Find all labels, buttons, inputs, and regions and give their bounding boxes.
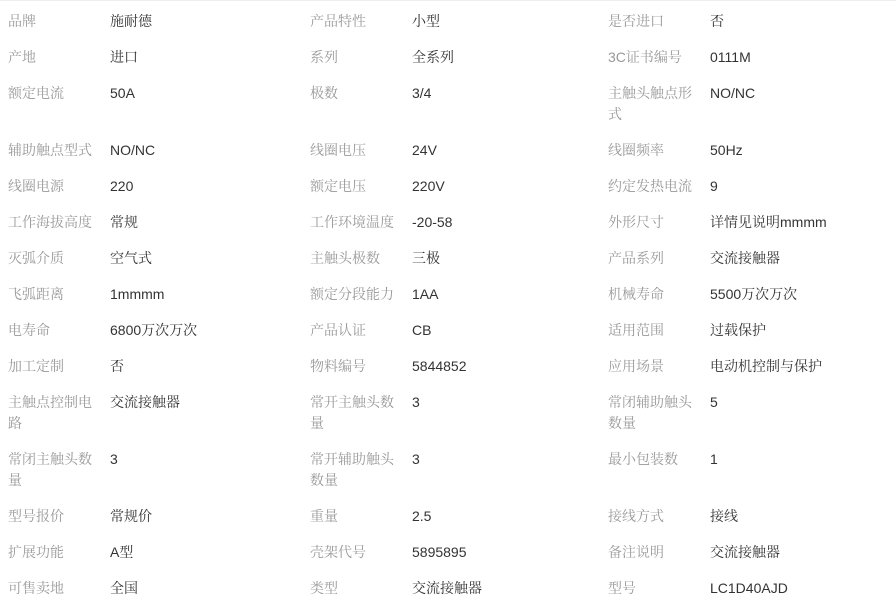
- spec-value: 接线: [710, 506, 886, 527]
- spec-value: 220: [110, 176, 300, 197]
- spec-item-extended-function: 扩展功能A型: [8, 534, 310, 570]
- spec-label: 工作海拔高度: [8, 212, 98, 233]
- spec-value: 详情见说明mmmm: [710, 212, 886, 233]
- spec-item-product-series: 产品系列交流接触器: [608, 240, 896, 276]
- spec-value: 交流接触器: [412, 578, 598, 599]
- spec-label: 产品系列: [608, 248, 698, 269]
- spec-label: 品牌: [8, 11, 98, 32]
- spec-label: 加工定制: [8, 356, 98, 377]
- spec-item-3c-cert-number: 3C证书编号0111M: [608, 39, 896, 75]
- spec-item-brand: 品牌施耐德: [8, 3, 310, 39]
- spec-value: 9: [710, 176, 886, 197]
- spec-value: 小型: [412, 11, 598, 32]
- spec-label: 常闭主触头数量: [8, 449, 98, 491]
- spec-item-origin: 产地进口: [8, 39, 310, 75]
- spec-value: 三极: [412, 248, 598, 269]
- spec-item-rated-voltage: 额定电压220V: [310, 168, 608, 204]
- spec-item-frame-code: 壳架代号5895895: [310, 534, 608, 570]
- spec-value: 交流接触器: [110, 392, 300, 413]
- spec-item-no-main-contacts: 常开主触头数量3: [310, 384, 608, 441]
- spec-label: 产地: [8, 47, 98, 68]
- spec-label: 是否进口: [608, 11, 698, 32]
- spec-value: 电动机控制与保护: [710, 356, 886, 377]
- spec-value: 常规价: [110, 506, 300, 527]
- spec-value: A型: [110, 542, 300, 563]
- spec-label: 3C证书编号: [608, 47, 698, 68]
- spec-value: NO/NC: [710, 83, 886, 104]
- spec-label: 壳架代号: [310, 542, 400, 563]
- spec-item-model-number: 型号LC1D40AJD: [608, 570, 896, 606]
- spec-item-rated-current: 额定电流50A: [8, 75, 310, 132]
- spec-label: 主触头触点形式: [608, 83, 698, 125]
- spec-item-customization: 加工定制否: [8, 348, 310, 384]
- spec-value: 施耐德: [110, 11, 300, 32]
- spec-value: 全系列: [412, 47, 598, 68]
- spec-item-nc-main-contacts: 常闭主触头数量3: [8, 441, 310, 498]
- spec-value: 0111M: [710, 47, 886, 68]
- spec-label: 线圈频率: [608, 140, 698, 161]
- spec-item-imported: 是否进口否: [608, 3, 896, 39]
- spec-item-min-package-qty: 最小包装数1: [608, 441, 896, 498]
- spec-item-material-number: 物料编号5844852: [310, 348, 608, 384]
- spec-label: 飞弧距离: [8, 284, 98, 305]
- spec-value: 常规: [110, 212, 300, 233]
- spec-value: 50A: [110, 83, 300, 104]
- spec-label: 主触头极数: [310, 248, 400, 269]
- spec-item-application-range: 适用范围过载保护: [608, 312, 896, 348]
- spec-value: 1mmmm: [110, 284, 300, 305]
- spec-label: 产品特性: [310, 11, 400, 32]
- spec-item-aux-contact-type: 辅助触点型式NO/NC: [8, 132, 310, 168]
- spec-label: 外形尺寸: [608, 212, 698, 233]
- spec-value: 5895895: [412, 542, 598, 563]
- spec-item-application-scenario: 应用场景电动机控制与保护: [608, 348, 896, 384]
- spec-label: 工作环境温度: [310, 212, 400, 233]
- spec-value: 1: [710, 449, 886, 470]
- spec-item-working-temperature: 工作环境温度-20-58: [310, 204, 608, 240]
- spec-label: 系列: [310, 47, 400, 68]
- spec-value: 否: [710, 11, 886, 32]
- spec-label: 额定分段能力: [310, 284, 400, 305]
- spec-item-type: 类型交流接触器: [310, 570, 608, 606]
- spec-item-breaking-capacity: 额定分段能力1AA: [310, 276, 608, 312]
- spec-label: 灭弧介质: [8, 248, 98, 269]
- spec-value: NO/NC: [110, 140, 300, 161]
- spec-label: 约定发热电流: [608, 176, 698, 197]
- spec-item-electrical-life: 电寿命6800万次万次: [8, 312, 310, 348]
- spec-item-dimensions: 外形尺寸详情见说明mmmm: [608, 204, 896, 240]
- spec-item-arc-medium: 灭弧介质空气式: [8, 240, 310, 276]
- spec-value: 空气式: [110, 248, 300, 269]
- spec-item-model-quote: 型号报价常规价: [8, 498, 310, 534]
- spec-value: 5844852: [412, 356, 598, 377]
- spec-label: 应用场景: [608, 356, 698, 377]
- spec-value: 2.5: [412, 506, 598, 527]
- spec-item-coil-voltage: 线圈电压24V: [310, 132, 608, 168]
- spec-value: -20-58: [412, 212, 598, 233]
- spec-value: 220V: [412, 176, 598, 197]
- spec-value: 3: [412, 392, 598, 413]
- spec-item-sales-region: 可售卖地全国: [8, 570, 310, 606]
- spec-label: 产品认证: [310, 320, 400, 341]
- spec-label: 电寿命: [8, 320, 98, 341]
- product-spec-page: 品牌施耐德 产品特性小型 是否进口否 产地进口 系列全系列 3C证书编号0111…: [0, 0, 896, 610]
- spec-item-main-contact-circuit: 主触点控制电路交流接触器: [8, 384, 310, 441]
- spec-value: 24V: [412, 140, 598, 161]
- spec-value: 进口: [110, 47, 300, 68]
- spec-label: 额定电流: [8, 83, 98, 104]
- spec-label: 物料编号: [310, 356, 400, 377]
- spec-label: 重量: [310, 506, 400, 527]
- spec-value: 3/4: [412, 83, 598, 104]
- spec-label: 扩展功能: [8, 542, 98, 563]
- spec-label: 机械寿命: [608, 284, 698, 305]
- spec-item-arc-distance: 飞弧距离1mmmm: [8, 276, 310, 312]
- spec-value: 交流接触器: [710, 248, 886, 269]
- spec-item-nc-aux-contacts: 常闭辅助触头数量5: [608, 384, 896, 441]
- spec-label: 主触点控制电路: [8, 392, 98, 434]
- spec-item-certification: 产品认证CB: [310, 312, 608, 348]
- spec-label: 类型: [310, 578, 400, 599]
- spec-item-working-altitude: 工作海拔高度常规: [8, 204, 310, 240]
- spec-value: 1AA: [412, 284, 598, 305]
- spec-label: 常开主触头数量: [310, 392, 400, 434]
- spec-item-series: 系列全系列: [310, 39, 608, 75]
- spec-value: 全国: [110, 578, 300, 599]
- spec-value: 5: [710, 392, 886, 413]
- spec-item-main-contact-form: 主触头触点形式NO/NC: [608, 75, 896, 132]
- spec-value: 3: [110, 449, 300, 470]
- spec-label: 可售卖地: [8, 578, 98, 599]
- spec-label: 线圈电源: [8, 176, 98, 197]
- spec-value: 过载保护: [710, 320, 886, 341]
- spec-label: 辅助触点型式: [8, 140, 98, 161]
- spec-label: 常闭辅助触头数量: [608, 392, 698, 434]
- spec-value: 6800万次万次: [110, 320, 300, 341]
- spec-label: 型号报价: [8, 506, 98, 527]
- spec-item-coil-frequency: 线圈频率50Hz: [608, 132, 896, 168]
- spec-item-product-feature: 产品特性小型: [310, 3, 608, 39]
- spec-item-thermal-current: 约定发热电流9: [608, 168, 896, 204]
- spec-label: 接线方式: [608, 506, 698, 527]
- spec-value: 3: [412, 449, 598, 470]
- spec-value: 交流接触器: [710, 542, 886, 563]
- spec-value: CB: [412, 320, 598, 341]
- spec-label: 常开辅助触头数量: [310, 449, 400, 491]
- spec-item-coil-power: 线圈电源220: [8, 168, 310, 204]
- product-spec-table: 品牌施耐德 产品特性小型 是否进口否 产地进口 系列全系列 3C证书编号0111…: [8, 3, 896, 606]
- spec-label: 线圈电压: [310, 140, 400, 161]
- spec-label: 额定电压: [310, 176, 400, 197]
- spec-item-wiring-method: 接线方式接线: [608, 498, 896, 534]
- spec-item-no-aux-contacts: 常开辅助触头数量3: [310, 441, 608, 498]
- spec-item-weight: 重量2.5: [310, 498, 608, 534]
- spec-label: 备注说明: [608, 542, 698, 563]
- spec-label: 最小包装数: [608, 449, 698, 470]
- spec-item-poles: 极数3/4: [310, 75, 608, 132]
- spec-label: 型号: [608, 578, 698, 599]
- spec-value: LC1D40AJD: [710, 578, 886, 599]
- spec-value: 否: [110, 356, 300, 377]
- spec-item-main-contact-poles: 主触头极数三极: [310, 240, 608, 276]
- spec-value: 50Hz: [710, 140, 886, 161]
- spec-label: 适用范围: [608, 320, 698, 341]
- spec-item-mechanical-life: 机械寿命5500万次万次: [608, 276, 896, 312]
- spec-value: 5500万次万次: [710, 284, 886, 305]
- spec-label: 极数: [310, 83, 400, 104]
- spec-item-remarks: 备注说明交流接触器: [608, 534, 896, 570]
